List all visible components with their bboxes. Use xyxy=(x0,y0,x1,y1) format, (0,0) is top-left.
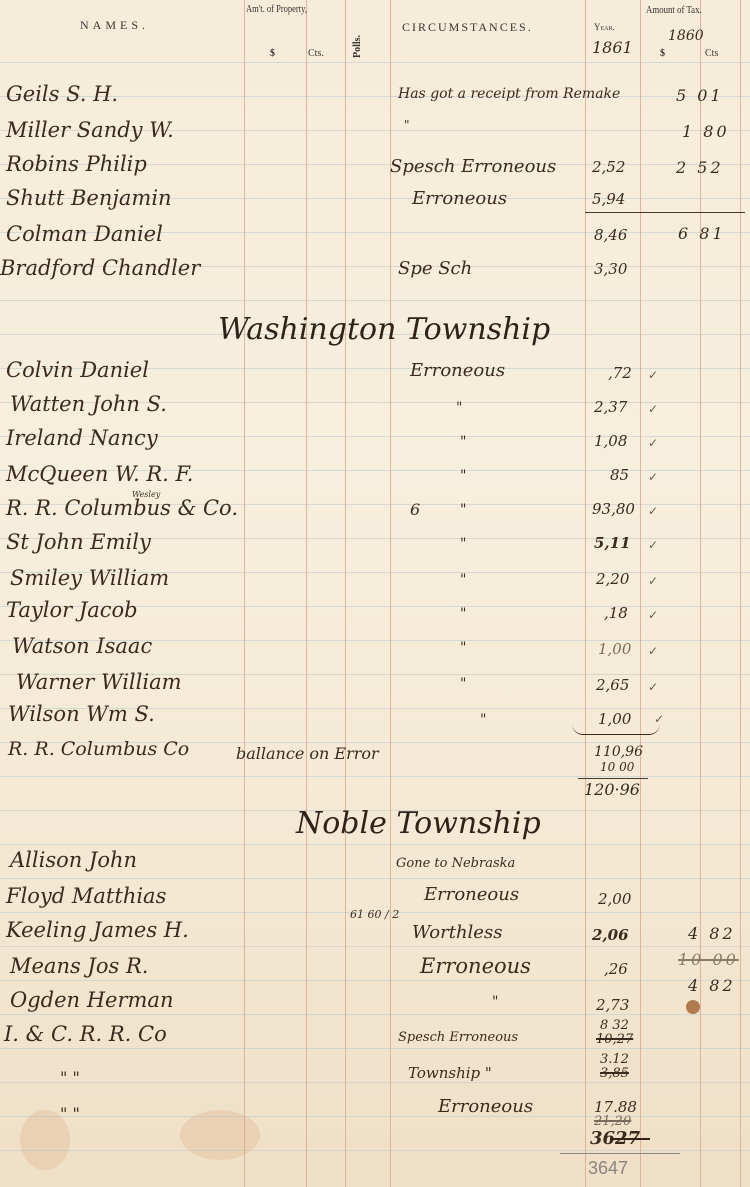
entry-name: Taylor Jacob xyxy=(6,598,138,622)
entry-year-amount: 2,06 xyxy=(592,926,629,944)
entry-name: Shutt Benjamin xyxy=(6,186,172,210)
entry-circumstance: Spe Sch xyxy=(398,258,472,279)
entry-circumstance: Has got a receipt from Remake xyxy=(398,86,620,102)
entry-name: Ogden Herman xyxy=(10,988,173,1012)
entry-name: Warner William xyxy=(16,670,182,694)
check-mark-icon: ✓ xyxy=(648,538,658,552)
tax-cents-header: Cts xyxy=(705,48,718,59)
entry-name: Geils S. H. xyxy=(6,82,118,106)
entry-year-amount: 2,73 xyxy=(596,996,629,1014)
entry-name: R. R. Columbus & Co. xyxy=(6,496,238,520)
entry-name: Robins Philip xyxy=(6,152,147,176)
bracket-mark xyxy=(572,724,660,735)
entry-circumstance: Gone to Nebraska xyxy=(396,856,515,871)
entry-name: Floyd Matthias xyxy=(6,884,166,908)
entry-year-amount: 2,65 xyxy=(596,676,629,694)
entry-circumstance: " xyxy=(460,536,466,552)
entry-tax: 1 80 xyxy=(682,122,730,141)
entry-circumstance: " xyxy=(480,712,486,728)
entry-tax-corrected: 4 82 xyxy=(688,976,736,995)
property-dollars-header: $ xyxy=(270,48,275,59)
entry-tax: 2 52 xyxy=(676,158,724,177)
entry-year-struck: 10,27 xyxy=(596,1032,633,1047)
property-header: Am't. of Property, xyxy=(246,4,307,15)
sum-underline xyxy=(578,778,648,779)
entry-circumstance: Worthless xyxy=(412,922,502,943)
entry-name: I. & C. R. R. Co xyxy=(4,1022,167,1046)
sum-line-1: 110,96 xyxy=(594,744,643,760)
entry-name: Watson Isaac xyxy=(12,634,152,658)
check-mark-icon: ✓ xyxy=(648,470,658,484)
sum-line-2: 10 00 xyxy=(600,760,634,774)
entry-circumstance: Erroneous xyxy=(420,954,531,978)
entry-polls-note: 61 60 / 2 xyxy=(350,908,399,921)
entry-year-amount: 2,52 xyxy=(592,158,625,176)
entry-tax: 4 82 xyxy=(688,924,736,943)
tax-header: Amount of Tax. xyxy=(646,4,702,16)
entry-polls: 6 xyxy=(410,500,420,519)
entry-year-amount: 8 32 xyxy=(600,1018,629,1033)
year-value: 1861 xyxy=(592,38,633,57)
entry-circumstance: " xyxy=(404,118,410,132)
total-pencil: 3647 xyxy=(588,1158,628,1179)
section-title: Washington Township xyxy=(218,312,550,347)
entry-name: Smiley William xyxy=(10,566,169,590)
entry-year-amount: 93,80 xyxy=(592,500,635,518)
check-mark-icon: ✓ xyxy=(648,504,658,518)
entry-circumstance: Erroneous xyxy=(412,188,507,209)
paper-stain xyxy=(180,1110,260,1160)
check-mark-icon: ✓ xyxy=(648,644,658,658)
entry-name: Means Jos R. xyxy=(10,954,148,978)
tax-dollars-header: $ xyxy=(660,48,665,59)
year-header: Year. xyxy=(594,22,615,32)
entry-year-amount: 1,00 xyxy=(598,640,631,658)
strike-mark xyxy=(610,1138,650,1140)
entry-name: Allison John xyxy=(10,848,137,872)
entry-circumstance: Township " xyxy=(408,1064,492,1082)
entry-name-ditto: " " xyxy=(60,1104,80,1123)
entry-circumstance: " xyxy=(460,606,466,622)
check-mark-icon: ✓ xyxy=(648,574,658,588)
entry-name: Colvin Daniel xyxy=(6,358,149,382)
entry-year-amount: 2,37 xyxy=(594,398,627,416)
property-cents-header: Cts. xyxy=(308,48,324,59)
section-title: Noble Township xyxy=(296,806,541,841)
entry-circumstance: Erroneous xyxy=(438,1096,533,1117)
entry-year-amount: 2,00 xyxy=(598,890,631,908)
entry-tax: 5 01 xyxy=(676,86,724,105)
entry-circumstance: Erroneous xyxy=(410,360,505,381)
tax-year: 1860 xyxy=(668,28,704,44)
check-mark-icon: ✓ xyxy=(648,680,658,694)
entry-name-ditto: " " xyxy=(60,1068,80,1087)
entry-year-amount: ,18 xyxy=(604,604,628,622)
entry-circumstance: " xyxy=(460,640,466,656)
entry-name: Ireland Nancy xyxy=(6,426,158,450)
sum-total: 120·96 xyxy=(584,780,640,799)
entry-year-struck: 3,85 xyxy=(600,1066,629,1081)
entry-circumstance: Spesch Erroneous xyxy=(390,156,556,177)
entry-year-struck: 21,20 xyxy=(594,1114,631,1129)
entry-year-amount: 5,11 xyxy=(594,534,631,552)
entry-year-amount: 8,46 xyxy=(594,226,627,244)
entry-year-amount: 85 xyxy=(610,466,629,484)
entry-name: McQueen W. R. F. xyxy=(6,462,193,486)
entry-circumstance: " xyxy=(460,468,466,484)
polls-header: Polls. xyxy=(352,35,363,58)
circumstances-header: CIRCUMSTANCES. xyxy=(402,20,533,35)
entry-year-amount: 3.12 xyxy=(600,1052,629,1067)
entry-name: St John Emily xyxy=(6,530,151,554)
check-mark-icon: ✓ xyxy=(648,608,658,622)
names-header: NAMES. xyxy=(80,18,149,33)
balance-row-name: R. R. Columbus Co xyxy=(8,738,189,760)
entry-circumstance: " xyxy=(460,676,466,692)
ink-blot xyxy=(686,1000,700,1014)
entry-tax-struck: 10 00 xyxy=(678,950,739,969)
entry-name: Wilson Wm S. xyxy=(8,702,155,726)
entry-name: Miller Sandy W. xyxy=(6,118,174,142)
entry-year-amount: 1,08 xyxy=(594,432,627,450)
entry-name: Watten John S. xyxy=(10,392,167,416)
entry-year-amount: 5,94 xyxy=(592,190,625,208)
entry-name: Keeling James H. xyxy=(6,918,189,942)
balance-row-circumstance: ballance on Error xyxy=(236,744,379,763)
entry-year-amount: ,26 xyxy=(604,960,628,978)
sum-underline xyxy=(585,212,745,213)
entry-year-amount: ,72 xyxy=(608,364,632,382)
entry-circumstance: " xyxy=(492,994,498,1010)
pencil-underline xyxy=(560,1153,680,1154)
entry-name: Colman Daniel xyxy=(6,222,163,246)
entry-name: Bradford Chandler xyxy=(0,256,200,280)
entry-year-amount: 2,20 xyxy=(596,570,629,588)
entry-circumstance: " xyxy=(460,502,466,518)
entry-note: Wesley xyxy=(132,490,160,499)
entry-tax: 6 81 xyxy=(678,224,726,243)
entry-circumstance: Erroneous xyxy=(424,884,519,905)
entry-circumstance: " xyxy=(460,572,466,588)
entry-circumstance: " xyxy=(460,434,466,450)
check-mark-icon: ✓ xyxy=(648,436,658,450)
entry-circumstance: Spesch Erroneous xyxy=(398,1030,518,1045)
entry-year-amount: 3,30 xyxy=(594,260,627,278)
check-mark-icon: ✓ xyxy=(648,368,658,382)
check-mark-icon: ✓ xyxy=(648,402,658,416)
entry-circumstance: " xyxy=(456,400,462,416)
